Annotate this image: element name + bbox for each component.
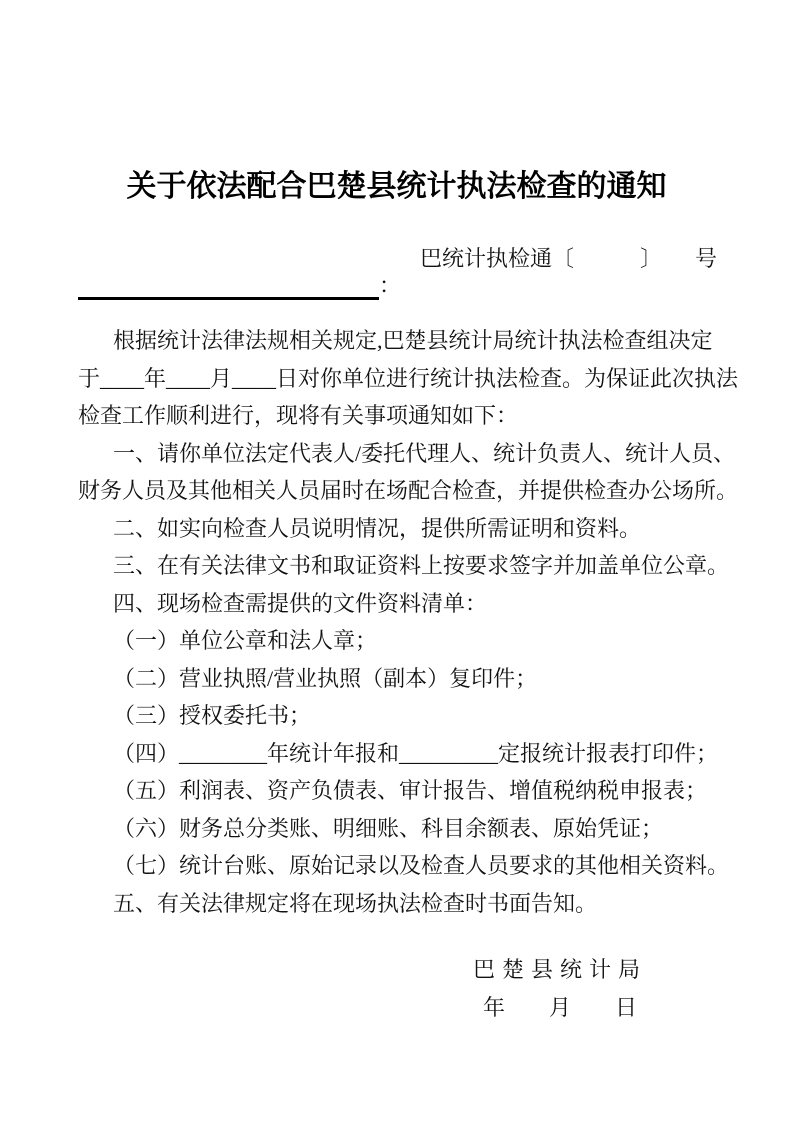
body-line-2: 于____年____月____日对你单位进行统计执法检查。为保证此次执法 xyxy=(78,360,738,398)
recipient-colon: ： xyxy=(379,273,401,298)
date-line: 年 月 日 xyxy=(420,989,700,1027)
body-line-13: （五）利润表、资产负债表、审计报告、增值税纳税申报表； xyxy=(78,772,738,810)
body-line-6: 二、如实向检查人员说明情况，提供所需证明和资料。 xyxy=(78,510,738,548)
body-line-15: （七）统计台账、原始记录以及检查人员要求的其他相关资料。 xyxy=(78,847,738,885)
recipient-line: ： xyxy=(78,266,401,304)
body-line-3: 检查工作顺利进行，现将有关事项通知如下： xyxy=(78,397,738,435)
document-title: 关于依法配合巴楚县统计执法检查的通知 xyxy=(0,161,793,205)
body-line-12: （四）________年统计年报和_________定报统计报表打印件； xyxy=(78,735,738,773)
body-line-11: （三）授权委托书； xyxy=(78,697,738,735)
document-page: 关于依法配合巴楚县统计执法检查的通知 巴统计执检通〔 〕 号 ： 根据统计法律法… xyxy=(0,0,793,1122)
body-line-10: （二）营业执照/营业执照（副本）复印件； xyxy=(78,660,738,698)
body-line-9: （一）单位公章和法人章； xyxy=(78,622,738,660)
document-body: 根据统计法律法规相关规定,巴楚县统计局统计执法检查组决定 于____年____月… xyxy=(78,322,738,922)
body-line-16: 五、有关法律规定将在现场执法检查时书面告知。 xyxy=(78,885,738,923)
body-line-8: 四、现场检查需提供的文件资料清单： xyxy=(78,585,738,623)
signature-block: 巴楚县统计局 年 月 日 xyxy=(420,951,700,1027)
issuer-name: 巴楚县统计局 xyxy=(420,951,700,989)
recipient-blank-underline xyxy=(78,266,379,300)
body-line-7: 三、在有关法律文书和取证资料上按要求签字并加盖单位公章。 xyxy=(78,547,738,585)
body-line-14: （六）财务总分类账、明细账、科目余额表、原始凭证； xyxy=(78,810,738,848)
body-line-4: 一、请你单位法定代表人/委托代理人、统计负责人、统计人员、 xyxy=(78,435,738,473)
body-line-1: 根据统计法律法规相关规定,巴楚县统计局统计执法检查组决定 xyxy=(78,322,738,360)
document-number: 巴统计执检通〔 〕 号 xyxy=(420,242,717,273)
body-line-5: 财务人员及其他相关人员届时在场配合检查，并提供检查办公场所。 xyxy=(78,472,738,510)
